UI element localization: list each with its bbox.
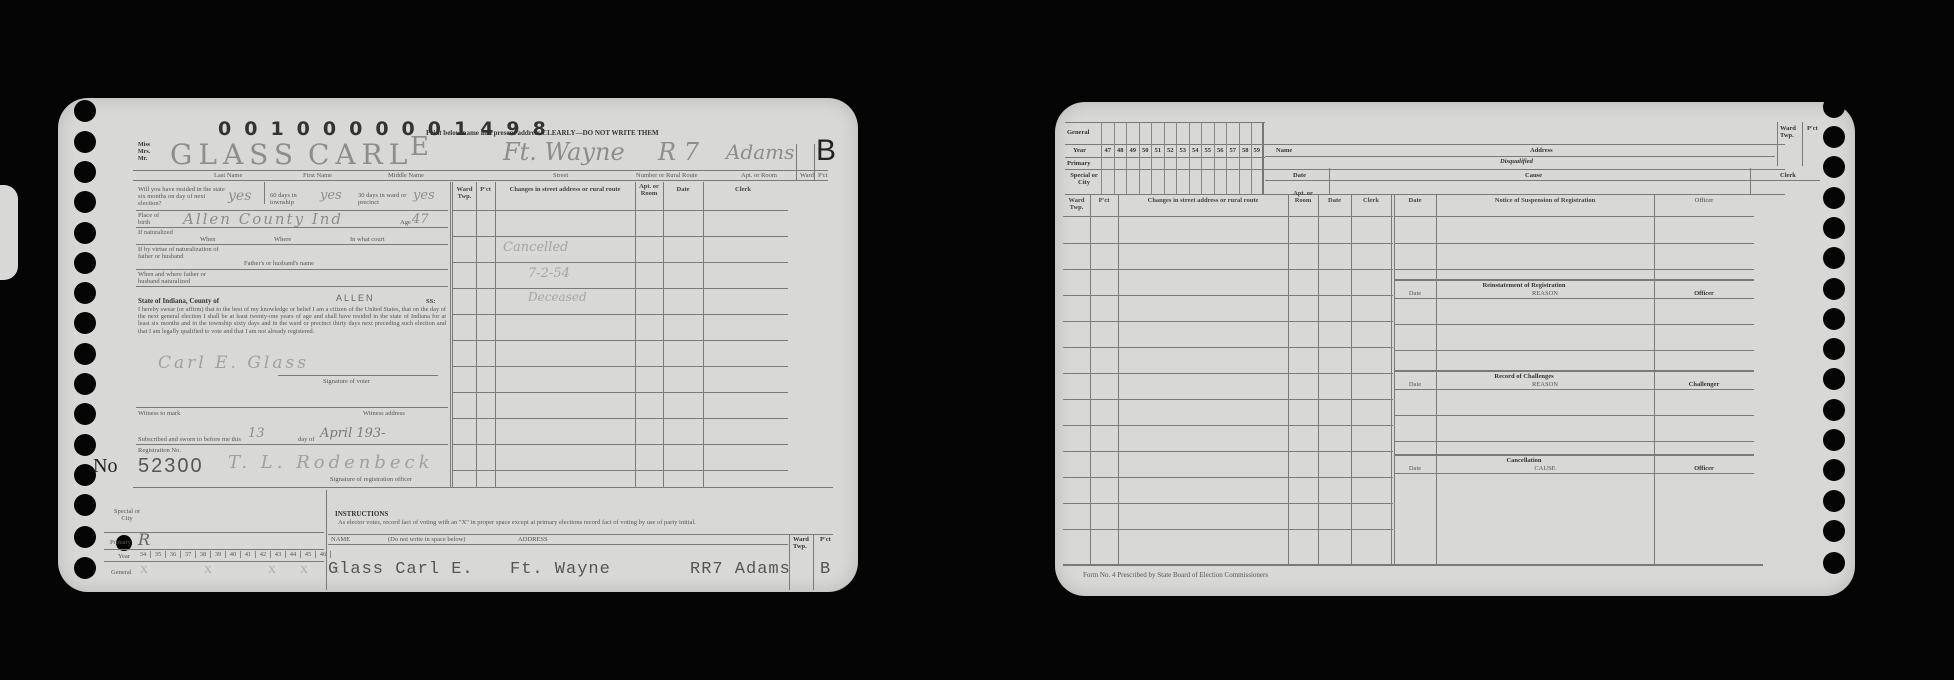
cancellation-col-date: Date xyxy=(1394,465,1436,472)
punch-hole xyxy=(1823,490,1845,512)
col-date: Date xyxy=(663,186,703,193)
registration-card-back: General Year Primary Special or City 47 … xyxy=(1055,102,1855,596)
disq-address-label: Address xyxy=(1530,147,1553,154)
oath-text: I hereby swear (or affirm) that to the b… xyxy=(138,306,446,335)
change-entry-deceased: Deceased xyxy=(528,290,587,304)
cancellation-title: Cancellation xyxy=(1394,457,1654,464)
punch-hole xyxy=(1823,156,1845,178)
suspension-col-notice: Notice of Suspension of Registration xyxy=(1436,197,1654,204)
instructions-title: INSTRUCTIONS xyxy=(335,511,388,518)
oath-ss: SS: xyxy=(426,298,435,305)
typed-city: Ft. Wayne xyxy=(510,560,611,579)
back-vote-row-general: General xyxy=(1067,129,1089,136)
back-col-clerk: Clerk xyxy=(1351,197,1391,204)
punch-hole xyxy=(1823,520,1845,542)
residency-ward-question: 30 days in ward or precinct xyxy=(358,192,413,206)
naturalized-label: If naturalized xyxy=(138,229,178,236)
back-col-apt-room: Apt. or Room xyxy=(1288,190,1318,204)
punch-hole xyxy=(1823,126,1845,148)
disq-pct-label: P'ct xyxy=(1807,125,1818,132)
punch-hole xyxy=(74,373,96,395)
pct-label: P'ct xyxy=(818,172,827,179)
punch-hole xyxy=(1823,429,1845,451)
naturalized-court-label: In what court xyxy=(350,236,385,243)
punch-hole xyxy=(1823,399,1845,421)
punch-hole xyxy=(1823,247,1845,269)
ward-label: Ward xyxy=(800,172,814,179)
suspension-col-officer: Officer xyxy=(1654,197,1754,204)
birth-place-value: Allen County Ind xyxy=(183,210,343,228)
punch-hole xyxy=(1823,338,1845,360)
last-name-label: Last Name xyxy=(214,172,242,179)
pct-label-bottom: P'ct xyxy=(820,536,831,543)
father-naturalized-label: When and where father or husband natural… xyxy=(138,271,224,285)
col-clerk: Clerk xyxy=(703,186,783,193)
punch-hole xyxy=(74,312,96,334)
disq-date-label: Date xyxy=(1293,172,1306,179)
day-of-label: day of xyxy=(298,436,314,443)
punch-hole xyxy=(74,191,96,213)
witness-address-label: Witness address xyxy=(363,410,405,417)
col-ward-twp: Ward Twp. xyxy=(453,186,476,200)
punch-hole xyxy=(74,131,96,153)
disqualified-title: Disqualified xyxy=(1500,158,1533,165)
ward-twp-label: Ward Twp. xyxy=(793,536,811,550)
back-vote-row-primary: Primary xyxy=(1067,160,1090,167)
middle-name-value: E xyxy=(410,132,429,162)
street-label: Street xyxy=(553,172,568,179)
punch-hole xyxy=(74,252,96,274)
punch-hole xyxy=(74,100,96,122)
punch-hole xyxy=(74,526,96,548)
voter-signature-label: Signature of voter xyxy=(323,378,370,385)
registration-number-label: Registration No. xyxy=(138,447,181,454)
disq-name-label: Name xyxy=(1276,147,1292,154)
vote-row-general: General xyxy=(111,569,132,576)
subscribed-label: Subscribed and sworn to before me this xyxy=(138,436,241,443)
punch-hole xyxy=(1823,368,1845,390)
change-entry-date: 7-2-54 xyxy=(528,266,570,281)
registration-number-value: 52300 xyxy=(138,455,204,478)
age-label: Age xyxy=(400,219,411,226)
challenges-col-challenger: Challenger xyxy=(1654,381,1754,388)
disq-cause-label: Cause xyxy=(1525,172,1542,179)
address-label: ADDRESS xyxy=(518,536,548,543)
back-col-ward-twp: Ward Twp. xyxy=(1063,177,1090,211)
front-year-cells: 34 35 36 37 38 39 40 41 42 43 44 45 46 xyxy=(136,551,331,558)
residency-state-question: Will you have resided in the state six m… xyxy=(138,186,226,207)
cancellation-col-officer: Officer xyxy=(1654,465,1754,472)
typed-address: RR7 Adams xyxy=(690,560,791,579)
punch-hole xyxy=(74,343,96,365)
first-name-label: First Name xyxy=(303,172,332,179)
general-marks: X X X X X xyxy=(136,564,344,576)
rural-route-value: R 7 xyxy=(658,138,699,166)
naturalized-when-label: When xyxy=(200,236,216,243)
form-footer: Form No. 4 Prescribed by State Board of … xyxy=(1083,572,1268,579)
suspension-col-date: Date xyxy=(1394,197,1436,204)
salutation-label: Miss Mrs. Mr. xyxy=(138,142,160,163)
no-write-label: (Do not write in space below) xyxy=(388,536,465,543)
father-name-label: Father's or husband's name xyxy=(244,260,314,267)
card-edge-fragment xyxy=(0,185,18,280)
primary-mark: R xyxy=(138,530,150,549)
punch-hole xyxy=(1823,278,1845,300)
punch-hole xyxy=(1823,217,1845,239)
challenges-title: Record of Challenges xyxy=(1394,373,1654,380)
back-vote-row-year: Year xyxy=(1073,147,1086,154)
punch-hole xyxy=(1823,459,1845,481)
back-col-pct: P'ct xyxy=(1090,197,1118,204)
residency-state-answer: yes xyxy=(228,188,251,204)
residency-ward-answer: yes xyxy=(413,188,435,203)
apt-value: Adams xyxy=(726,140,794,164)
last-name-value: GLASS xyxy=(170,138,299,171)
col-apt-room: Apt. or Room xyxy=(635,183,663,197)
apt-room-label: Apt. or Room xyxy=(741,172,777,179)
challenges-col-reason: REASON xyxy=(1436,381,1654,388)
vote-row-primary: Primary xyxy=(110,539,131,546)
cancellation-col-cause: CAUSE xyxy=(1436,465,1654,472)
punch-hole xyxy=(74,494,96,516)
back-year-cells: 47 48 49 50 51 52 53 54 55 56 57 58 59 xyxy=(1101,122,1264,194)
punch-hole xyxy=(1823,96,1845,118)
age-value: 47 xyxy=(412,212,429,227)
voter-signature: Carl E. Glass xyxy=(158,353,309,373)
residency-township-answer: yes xyxy=(320,188,342,203)
disq-ward-label: Ward Twp. xyxy=(1780,125,1800,139)
back-col-changes: Changes in street address or rural route xyxy=(1118,197,1288,204)
vote-row-year: Year xyxy=(118,553,130,560)
typed-name: Glass Carl E. xyxy=(328,560,474,579)
pct-value: B xyxy=(816,134,836,168)
change-entry-cancelled: Cancelled xyxy=(503,240,568,255)
punch-hole xyxy=(74,282,96,304)
challenges-col-date: Date xyxy=(1394,381,1436,388)
punch-hole xyxy=(74,434,96,456)
vote-row-special: Special or City xyxy=(112,508,142,522)
rural-route-label: Number or Rural Route xyxy=(636,172,698,179)
punch-hole xyxy=(74,557,96,579)
reinstatement-col-reason: REASON xyxy=(1436,290,1654,297)
virtue-naturalization-label: If by virtue of naturalization of father… xyxy=(138,246,220,260)
name-label: NAME xyxy=(331,536,350,543)
reinstatement-col-officer: Officer xyxy=(1654,290,1754,297)
instructions-text: As elector votes, record fact of voting … xyxy=(338,519,718,526)
punch-hole xyxy=(74,161,96,183)
month-value: April 193- xyxy=(320,426,386,441)
street-value: Ft. Wayne xyxy=(503,138,625,166)
day-value: 13 xyxy=(248,426,265,441)
punch-hole xyxy=(1823,552,1845,574)
disq-clerk-label: Clerk xyxy=(1780,172,1796,179)
reinstatement-col-date: Date xyxy=(1394,290,1436,297)
registration-number-prefix: No xyxy=(93,455,117,478)
first-name-value: CARL xyxy=(308,138,413,171)
col-changes: Changes in street address or rural route xyxy=(495,186,635,193)
punch-hole xyxy=(74,222,96,244)
punch-hole xyxy=(1823,187,1845,209)
back-col-date: Date xyxy=(1318,197,1351,204)
officer-signature: T. L. Rodenbeck xyxy=(228,452,434,473)
typed-pct: B xyxy=(820,560,831,579)
birth-place-label: Place of birth xyxy=(138,212,168,226)
registration-card-front: 0010000001498 Print below name and prese… xyxy=(58,98,858,592)
officer-signature-label: Signature of registration officer xyxy=(330,476,412,483)
oath-state-label: State of Indiana, County of xyxy=(138,298,219,305)
witness-mark-label: Witness to mark xyxy=(138,410,180,417)
col-pct: P'ct xyxy=(476,186,495,193)
residency-township-question: 60 days in township xyxy=(270,192,322,206)
print-instruction: Print below name and present address CLE… xyxy=(426,130,726,137)
reinstatement-title: Reinstatement of Registration xyxy=(1394,282,1654,289)
punch-hole xyxy=(74,403,96,425)
oath-county: ALLEN xyxy=(336,293,375,303)
middle-name-label: Middle Name xyxy=(388,172,424,179)
naturalized-where-label: Where xyxy=(274,236,291,243)
punch-hole xyxy=(1823,308,1845,330)
